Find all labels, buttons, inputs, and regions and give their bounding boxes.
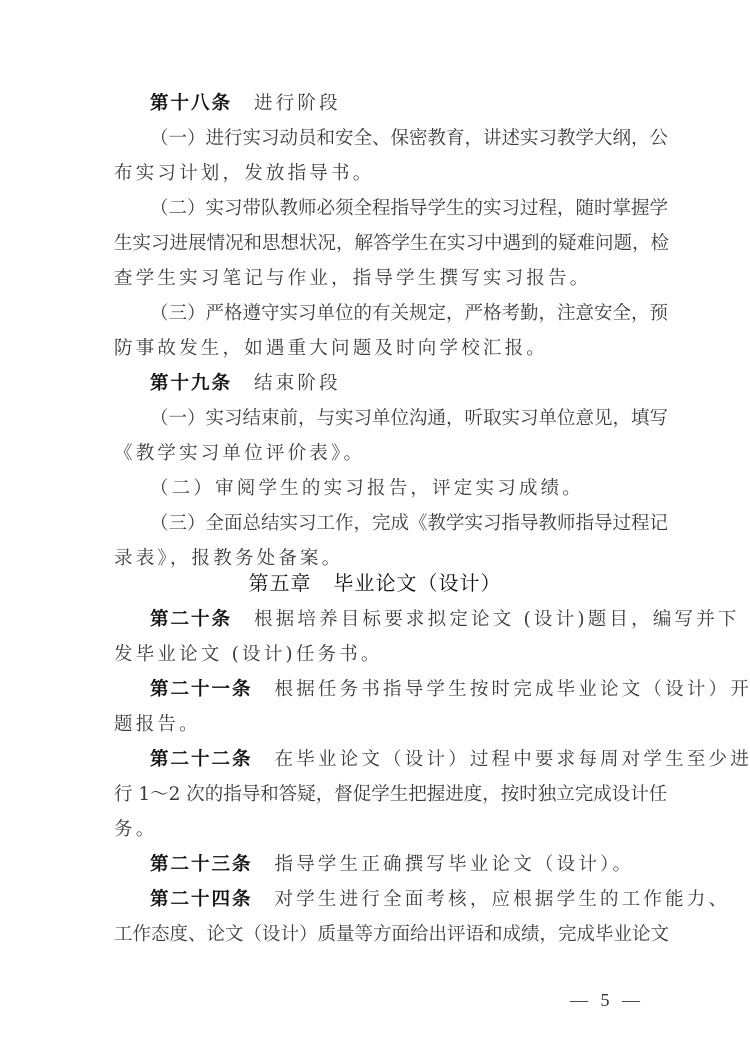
article-18-heading-line: 第十八条进行阶段 (150, 92, 636, 116)
article-20-line-2: 发毕业论文 (设计)任务书。 (114, 643, 636, 667)
article-19-title: 结束阶段 (254, 373, 341, 394)
document-page: 第十八条进行阶段 （一）进行实习动员和安全、保密教育，讲述实习教学大纲，公 布实… (0, 0, 750, 1060)
article-22-heading: 第二十二条 (150, 749, 253, 770)
chapter-5-heading: 第五章毕业论文（设计） (0, 570, 750, 596)
article-21-line-1: 第二十一条根据任务书指导学生按时完成毕业论文（设计）开 (150, 678, 636, 702)
article-22-text-1: 在毕业论文（设计）过程中要求每周对学生至少进 (275, 749, 750, 770)
article-23-heading: 第二十三条 (150, 854, 253, 875)
article-19-heading: 第十九条 (150, 373, 232, 394)
article-19-item-1-line-1: （一）实习结束前，与实习单位沟通，听取实习单位意见，填写 (150, 407, 636, 431)
article-23-line-1: 第二十三条指导学生正确撰写毕业论文（设计）。 (150, 853, 636, 877)
article-24-text-1: 对学生进行全面考核，应根据学生的工作能力、 (275, 889, 731, 910)
article-18-item-3-line-2: 防事故发生，如遇重大问题及时向学校汇报。 (114, 337, 636, 361)
article-18-item-2-line-2: 生实习进展情况和思想状况，解答学生在实习中遇到的疑难问题，检 (114, 232, 636, 256)
article-21-text-1: 根据任务书指导学生按时完成毕业论文（设计）开 (275, 679, 750, 700)
article-18-item-3-line-1: （三）严格遵守实习单位的有关规定，严格考勤，注意安全，预 (150, 302, 636, 326)
article-19-item-3-line-1: （三）全面总结实习工作，完成《教学实习指导教师指导过程记 (150, 512, 636, 536)
article-23-text-1: 指导学生正确撰写毕业论文（设计）。 (275, 854, 635, 875)
article-18-heading: 第十八条 (150, 93, 232, 114)
article-18-item-2-line-1: （二）实习带队教师必须全程指导学生的实习过程，随时掌握学 (150, 197, 636, 221)
article-19-heading-line: 第十九条结束阶段 (150, 372, 636, 396)
article-18-title: 进行阶段 (254, 93, 341, 114)
article-24-line-2: 工作态度、论文（设计）质量等方面给出评语和成绩，完成毕业论文 (114, 923, 636, 947)
article-22-line-1: 第二十二条在毕业论文（设计）过程中要求每周对学生至少进 (150, 748, 636, 772)
article-20-heading: 第二十条 (150, 609, 232, 630)
article-22-line-2: 行 1～2 次的指导和答疑，督促学生把握进度，按时独立完成设计任 (114, 783, 636, 807)
article-20-text-1: 根据培养目标要求拟定论文 (设计)题目，编写并下 (254, 609, 740, 630)
article-18-item-2-line-3: 查学生实习笔记与作业，指导学生撰写实习报告。 (114, 267, 636, 291)
article-20-line-1: 第二十条根据培养目标要求拟定论文 (设计)题目，编写并下 (150, 608, 636, 632)
article-21-line-2: 题报告。 (114, 713, 636, 737)
article-21-heading: 第二十一条 (150, 679, 253, 700)
article-18-item-1-line-2: 布实习计划，发放指导书。 (114, 162, 636, 186)
article-24-heading: 第二十四条 (150, 889, 253, 910)
article-19-item-1-line-2: 《教学实习单位评价表》。 (114, 442, 636, 466)
article-18-item-1-line-1: （一）进行实习动员和安全、保密教育，讲述实习教学大纲，公 (150, 127, 636, 151)
chapter-5-number: 第五章 (249, 571, 312, 595)
article-19-item-2-line-1: （二）审阅学生的实习报告，评定实习成绩。 (150, 477, 636, 501)
article-24-line-1: 第二十四条对学生进行全面考核，应根据学生的工作能力、 (150, 888, 636, 912)
chapter-5-title: 毕业论文（设计） (334, 571, 502, 595)
article-19-item-3-line-2: 录表》，报教务处备案。 (114, 547, 636, 571)
article-22-line-3: 务。 (114, 818, 636, 842)
page-number: — 5 — (570, 990, 644, 1011)
